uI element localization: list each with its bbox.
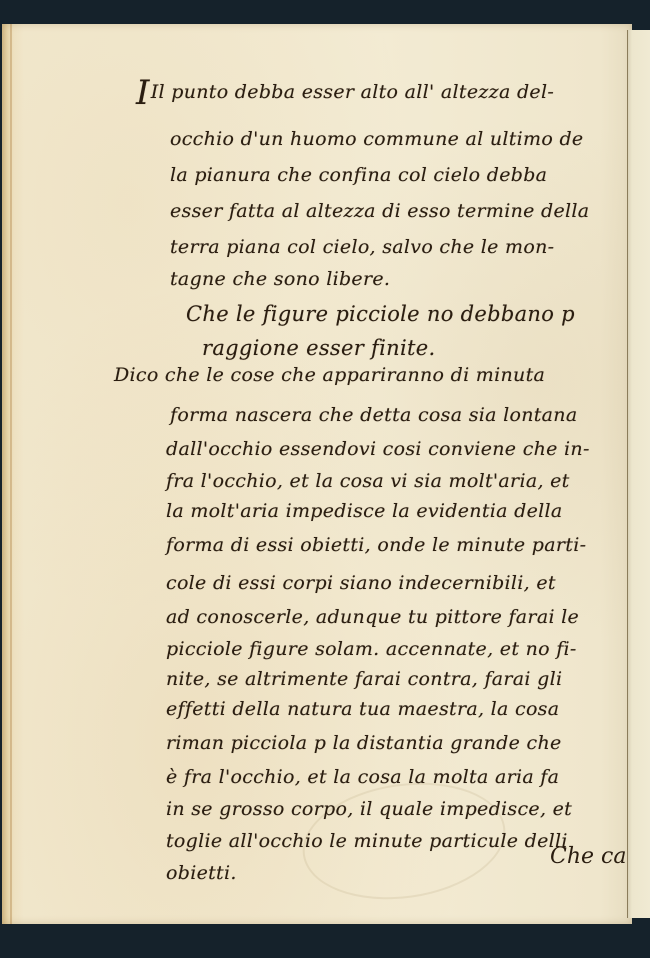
paragraph-1-line-3: la pianura che confina col cielo debba xyxy=(170,164,547,186)
paragraph-1-line-5: terra piana col cielo, salvo che le mon- xyxy=(170,236,554,258)
paragraph-2-line-16: obietti. xyxy=(166,862,237,884)
paragraph-2-line-7: cole di essi corpi siano indecernibili, … xyxy=(166,572,556,594)
heading-line-2: raggione esser finite. xyxy=(202,336,435,360)
line-text: Il punto debba esser alto all' altezza d… xyxy=(151,81,554,103)
paragraph-1-line-2: occhio d'un huomo commune al ultimo de xyxy=(170,128,583,150)
paragraph-2-line-3: dall'occhio essendovi cosi conviene che … xyxy=(166,438,590,460)
manuscript-text: IIl punto debba esser alto all' altezza … xyxy=(2,24,632,924)
paragraph-2-line-13: è fra l'occhio, et la cosa la molta aria… xyxy=(166,766,559,788)
next-page-edge xyxy=(627,30,650,918)
paragraph-1-line-6: tagne che sono libere. xyxy=(170,268,390,290)
decorated-initial: I xyxy=(136,73,150,113)
paragraph-1-line-4: esser fatta al altezza di esso termine d… xyxy=(170,200,589,222)
paragraph-2-line-14: in se grosso corpo, il quale impedisce, … xyxy=(166,798,572,820)
paragraph-2-line-2: forma nascera che detta cosa sia lontana xyxy=(170,404,577,426)
paragraph-2-line-4: fra l'occhio, et la cosa vi sia molt'ari… xyxy=(166,470,570,492)
scan-background: IIl punto debba esser alto all' altezza … xyxy=(0,0,650,958)
paragraph-2-line-15: toglie all'occhio le minute particule de… xyxy=(166,830,568,852)
paragraph-2-line-8: ad conoscerle, adunque tu pittore farai … xyxy=(166,606,579,628)
paragraph-2-line-10: nite, se altrimente farai contra, farai … xyxy=(166,668,562,690)
paragraph-2-line-12: riman picciola p la distantia grande che xyxy=(166,732,562,754)
paragraph-2-line-11: effetti della natura tua maestra, la cos… xyxy=(166,698,559,720)
paragraph-2-line-5: la molt'aria impedisce la evidentia dell… xyxy=(166,500,563,522)
paragraph-1-line-1: IIl punto debba esser alto all' altezza … xyxy=(136,76,554,110)
heading-line-1: Che le figure picciole no debbano p xyxy=(186,302,575,326)
manuscript-page: IIl punto debba esser alto all' altezza … xyxy=(2,24,632,924)
paragraph-2-line-1: Dico che le cose che appariranno di minu… xyxy=(114,364,545,386)
paragraph-2-line-6: forma di essi obietti, onde le minute pa… xyxy=(166,534,586,556)
paragraph-2-line-9: picciole figure solam. accennate, et no … xyxy=(166,638,577,660)
